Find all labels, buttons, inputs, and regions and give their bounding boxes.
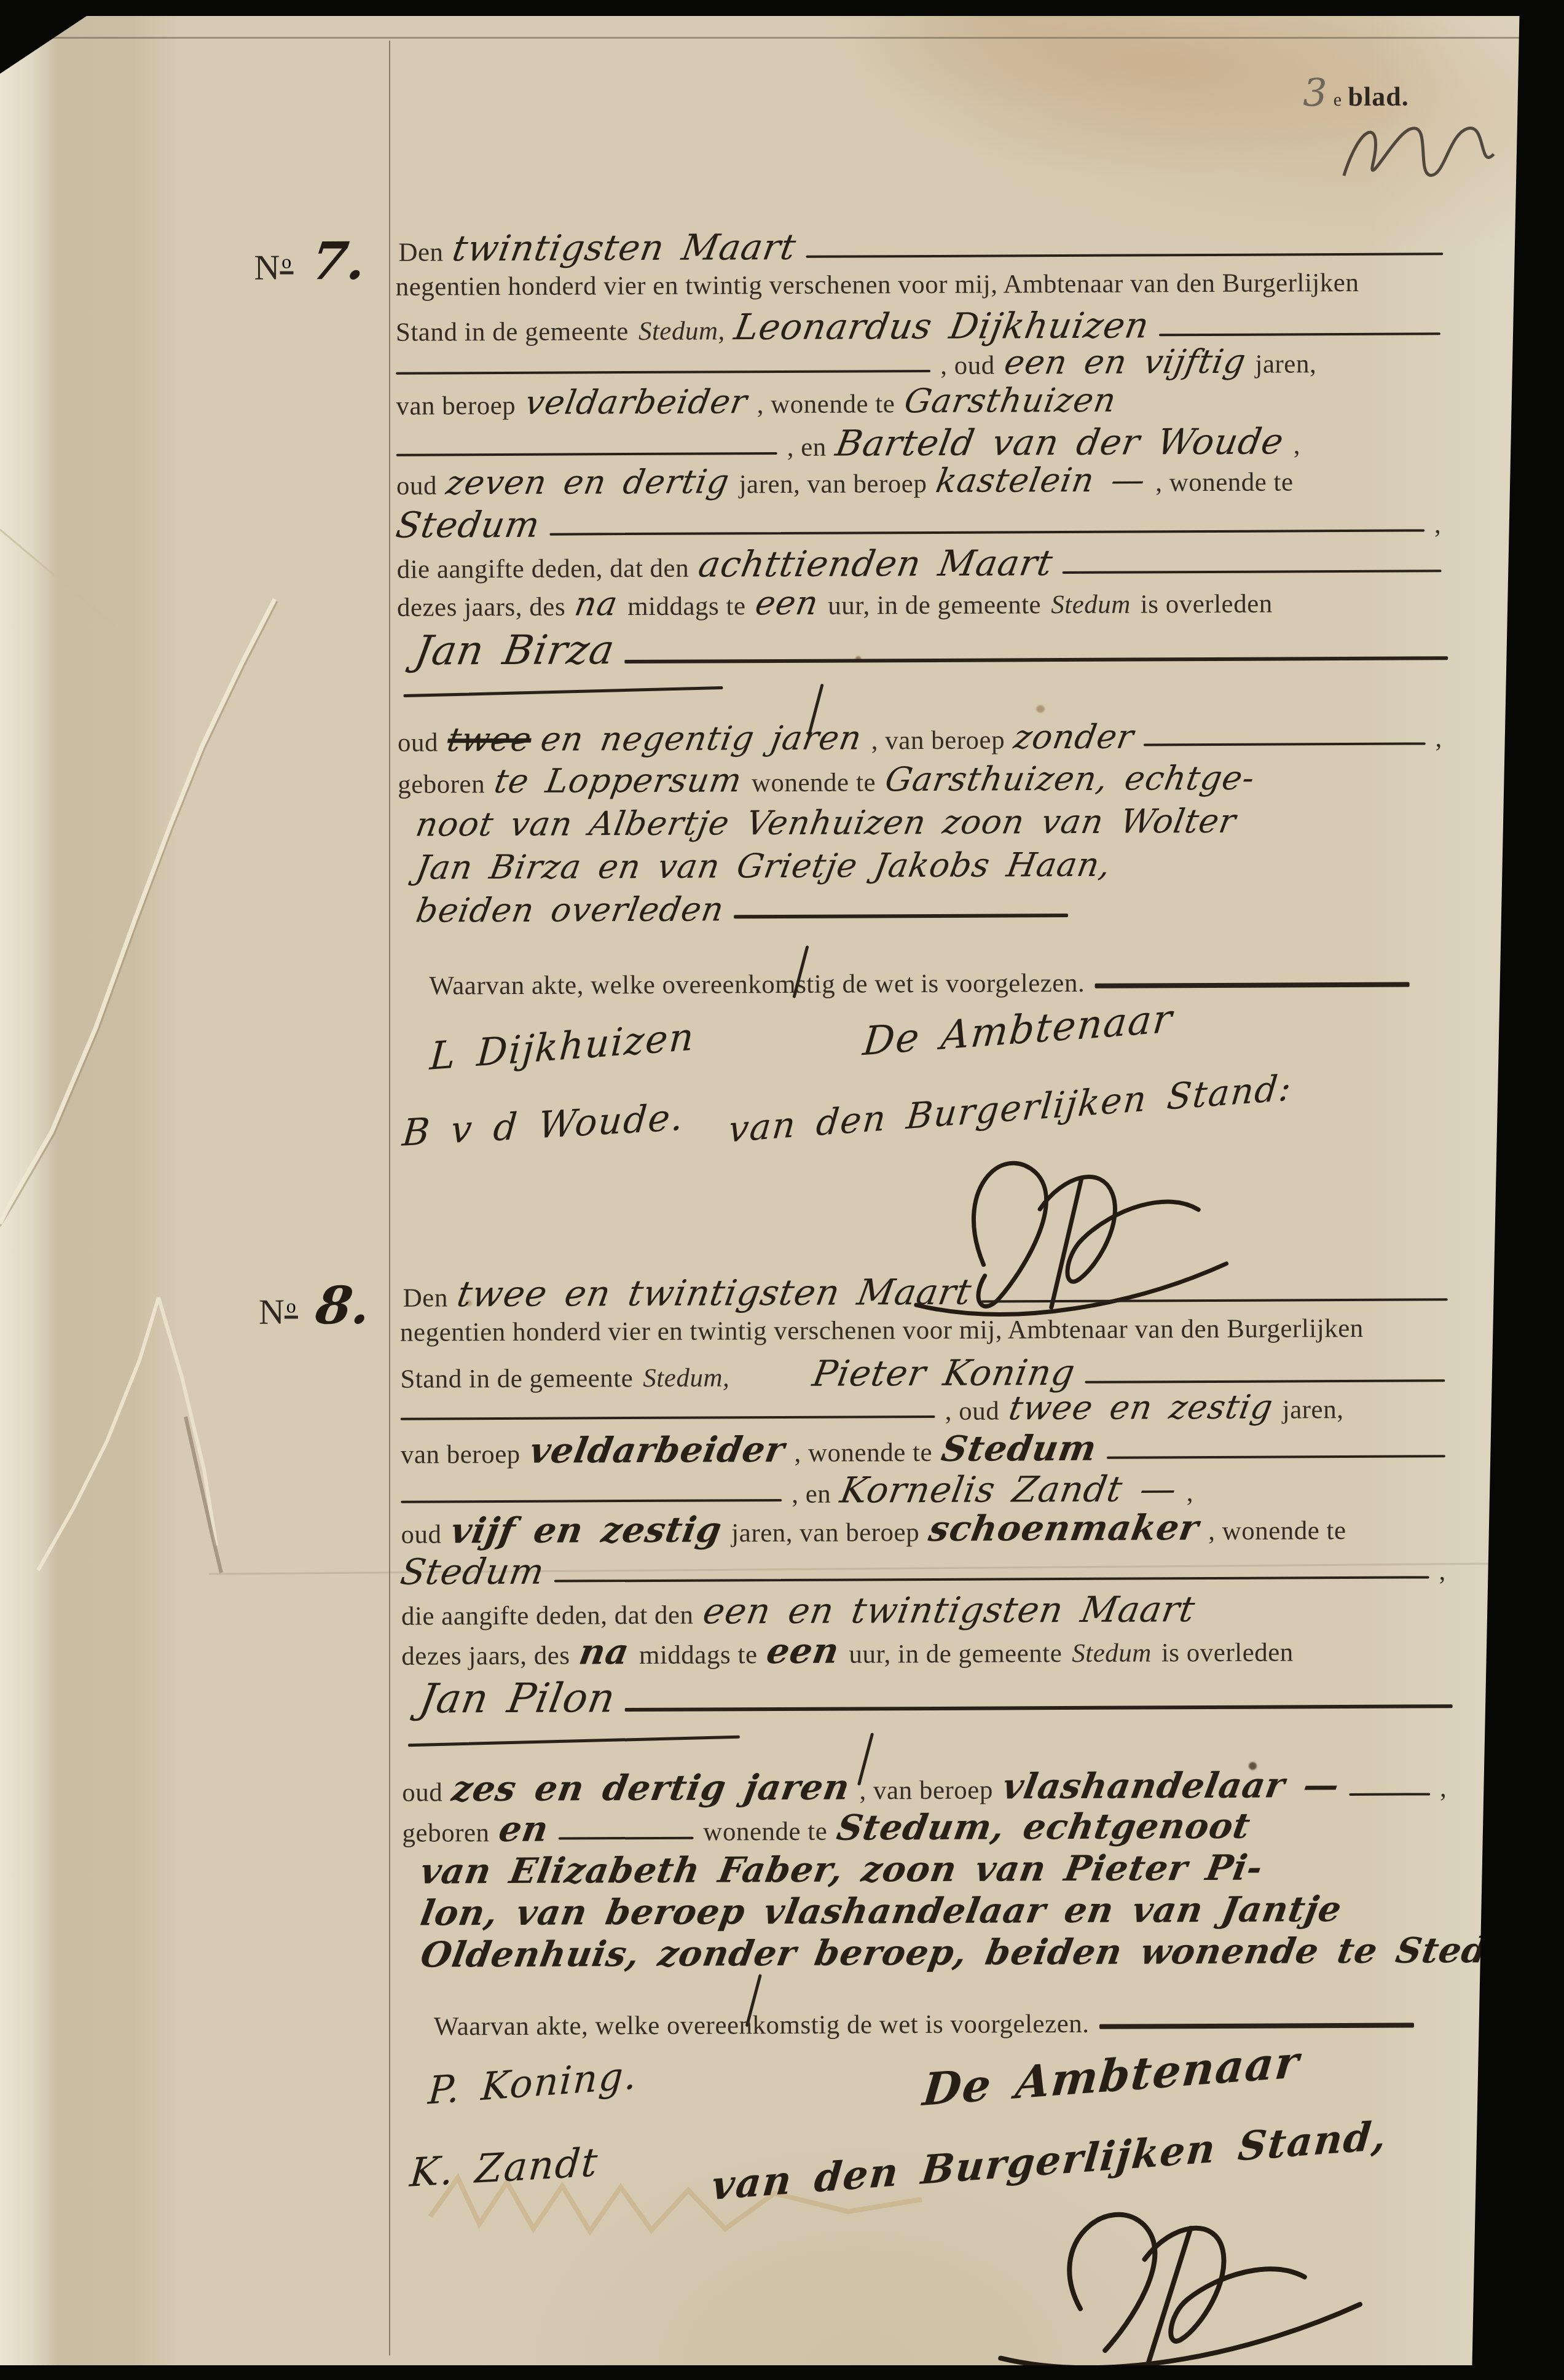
- label-overleden: is overleden: [1161, 1637, 1294, 1668]
- record8-declarant2-residence: Stedum: [398, 1551, 548, 1593]
- fill-rule: [806, 252, 1443, 258]
- fill-rule: [1349, 1793, 1430, 1796]
- label-aangifte: die aangifte deden, dat den: [401, 1600, 694, 1632]
- deceased-underline: [403, 686, 723, 697]
- record8-extra2: lon, van beroep vlashandelaar en van Jan…: [421, 1888, 1441, 1933]
- record8-number: No 8.: [259, 1275, 371, 1336]
- record8-deceased-name: Jan Pilon: [416, 1674, 619, 1722]
- record8-extra2-text: lon, van beroep vlashandelaar en van Jan…: [417, 1889, 1345, 1934]
- fill-rule: [396, 452, 777, 456]
- record8-line6: , en Kornelis Zandt — ,: [401, 1466, 1445, 1513]
- record7-number-value: 7.: [308, 230, 370, 291]
- fill-rule: [1062, 570, 1441, 574]
- label-wonende-te: , wonende te: [794, 1438, 932, 1468]
- fill-rule: [558, 1837, 693, 1840]
- record8-declarant2-occupation: schoenmaker: [925, 1507, 1202, 1549]
- label-oud: , oud: [940, 350, 995, 380]
- label-middags: middags te: [627, 591, 746, 622]
- scan-border-top: [0, 0, 1564, 16]
- fill-rule: [1159, 332, 1440, 336]
- fill-rule: [1106, 1455, 1445, 1458]
- label-oud: oud: [401, 1519, 441, 1549]
- record8-official-signature: [926, 2185, 1369, 2371]
- record8-daypart: na: [576, 1631, 633, 1672]
- record8-witness2-signature: K. Zandt: [408, 2140, 600, 2196]
- label-en: , en: [792, 1479, 831, 1509]
- record7-line5: van beroep veldarbeider , wonende te Gar…: [396, 379, 1440, 422]
- label-oud: oud: [402, 1777, 442, 1807]
- record7-number: No 7.: [254, 230, 366, 292]
- record7-age: en negentig jaren: [538, 718, 865, 758]
- deceased-underline: [408, 1736, 740, 1747]
- record7-extra3-text: beiden overleden: [414, 890, 727, 930]
- label-uur: uur, in de gemeente: [849, 1638, 1062, 1670]
- record8-declarant1-residence: Stedum: [938, 1428, 1100, 1470]
- comma: ,: [1294, 430, 1300, 460]
- label-wonende-te: wonende te: [752, 767, 876, 798]
- fill-rule: [1144, 742, 1425, 746]
- page-content: 3 e blad. No 7. Den twintigsten Maart ne…: [0, 0, 1564, 2380]
- record7-declarant1: Leonardus Dijkhuizen: [731, 304, 1152, 348]
- label-aangifte: die aangifte deden, dat den: [396, 554, 689, 585]
- fill-rule: [396, 370, 930, 375]
- sheet-header: 3 e blad.: [1303, 70, 1409, 115]
- record7-hour: een: [752, 584, 822, 622]
- record7-occupation: zonder: [1012, 717, 1138, 756]
- fill-rule: [624, 656, 1448, 664]
- label-dezes: dezes jaars, des: [397, 592, 565, 623]
- record7-line9: die aangifte deden, dat den achttienden …: [396, 540, 1441, 586]
- record7-declarant2-residence: Stedum: [393, 504, 543, 546]
- record8-deceased-line: Jan Pilon: [420, 1670, 1452, 1722]
- scanned-register-page: 3 e blad. No 7. Den twintigsten Maart ne…: [0, 0, 1564, 2380]
- record7-death-date: achttienden Maart: [695, 542, 1056, 585]
- label-van-beroep: , van beroep: [871, 725, 1005, 756]
- label-wonende-te: , wonende te: [1208, 1516, 1346, 1546]
- record8-line9: die aangifte deden, dat den een en twint…: [401, 1587, 1446, 1633]
- record8-age: zes en dertig jaren: [449, 1767, 853, 1810]
- label-oud: , oud: [945, 1396, 999, 1426]
- record7-extra1-text: noot van Albertje Venhuizen zoon van Wol…: [413, 802, 1239, 844]
- label-wonende-te: wonende te: [703, 1817, 827, 1847]
- label-van-beroep: van beroep: [396, 391, 516, 421]
- record8-declarant1-age: twee en zestig: [1006, 1387, 1276, 1427]
- record8-line8: Stedum ,: [401, 1546, 1446, 1592]
- label-jaren-van-beroep: jaren, van beroep: [739, 469, 927, 499]
- record7-witness2-signature: B v d Woude.: [401, 1095, 686, 1154]
- record7-declarant1-residence: Garsthuizen: [902, 381, 1119, 421]
- label-jaren: jaren,: [1283, 1395, 1344, 1425]
- label-oud: oud: [396, 471, 437, 501]
- record8-date: twee en twintigsten Maart: [454, 1271, 975, 1315]
- record7-line10: dezes jaars, des na middags te een uur, …: [397, 581, 1442, 624]
- paraph-initials: [1334, 114, 1500, 191]
- label-stedum: Stedum: [1051, 590, 1131, 620]
- fill-rule: [1099, 2023, 1414, 2029]
- record8-line14: geboren en wonende te Stedum, echtgenoot: [402, 1804, 1447, 1850]
- fill-rule: [401, 1415, 935, 1420]
- record7-residence: Garsthuizen, echtge-: [882, 759, 1257, 799]
- record7-witness1-signature: L Dijkhuizen: [428, 1014, 696, 1079]
- record8-residence: Stedum, echtgenoot: [834, 1806, 1254, 1849]
- record7-extra2: Jan Birza en van Grietje Jakobs Haan,: [417, 844, 1437, 887]
- label-jaren: jaren,: [1255, 349, 1316, 379]
- record8-witness1-signature: P. Koning.: [426, 2053, 639, 2113]
- label-stedum: Stedum: [1072, 1638, 1152, 1669]
- label-geboren: geboren: [398, 769, 485, 800]
- comma: ,: [1435, 723, 1442, 753]
- label-van-beroep: van beroep: [401, 1439, 521, 1470]
- sheet-number-handwritten: 3: [1303, 70, 1327, 115]
- record7-age-struck: twee: [444, 720, 535, 759]
- label-en: , en: [787, 433, 827, 463]
- record7-daypart: na: [572, 584, 621, 623]
- record8-extra1-text: van Elizabeth Faber, zoon van Pieter Pi-: [417, 1847, 1266, 1892]
- fill-rule: [1085, 1379, 1445, 1384]
- form-gemeente: Stedum,: [643, 1363, 729, 1393]
- record8-line7: oud vijf en zestig jaren, van beroep sch…: [401, 1506, 1445, 1551]
- fill-rule: [625, 1704, 1453, 1712]
- record8-occupation: vlashandelaar —: [999, 1764, 1343, 1807]
- record8-declarant1-occupation: veldarbeider: [527, 1429, 788, 1471]
- record7-no-sign: No: [254, 246, 293, 288]
- record7-extra1: noot van Albertje Venhuizen zoon van Wol…: [416, 801, 1436, 844]
- fill-rule: [1094, 982, 1409, 988]
- record7-waarvan: Waarvan akte, welke overeenkomstig de we…: [429, 966, 1443, 1001]
- fill-rule: [734, 914, 1068, 918]
- record8-death-date: een en twintigsten Maart: [700, 1588, 1198, 1632]
- fill-rule: [549, 529, 1424, 535]
- label-uur: uur, in de gemeente: [828, 590, 1041, 621]
- record7-declarant2-age: zeven en dertig: [444, 462, 733, 502]
- record7-declarant2: Barteld van der Woude: [833, 420, 1287, 464]
- fill-rule: [981, 1298, 1448, 1302]
- record7-extra3: beiden overleden: [417, 887, 1437, 930]
- record7-deceased-line: Jan Birza: [415, 622, 1448, 674]
- record8-line-date: Den twee en twintigsten Maart: [403, 1269, 1448, 1315]
- comma: ,: [1434, 509, 1441, 539]
- scan-border-bottom: [0, 2365, 1564, 2380]
- label-waarvan: Waarvan akte, welke overeenkomstig de we…: [429, 968, 1085, 1001]
- form-line2: negentien honderd vier en twintig versch…: [395, 268, 1359, 302]
- record7-line4: , oud een en vijftig jaren,: [396, 341, 1440, 384]
- record7-official-title1: De Ambtenaar: [861, 996, 1175, 1065]
- fill-rule: [401, 1499, 782, 1503]
- label-den: Den: [403, 1283, 448, 1313]
- record7-declarant1-age: een en vijftig: [1001, 342, 1249, 382]
- record7-date: twintigsten Maart: [450, 226, 800, 269]
- record7-line8: Stedum ,: [396, 499, 1441, 546]
- label-van-beroep: , van beroep: [859, 1775, 993, 1806]
- record7-declarant1-occupation: veldarbeider: [522, 382, 750, 422]
- record8-line4: , oud twee en zestig jaren,: [400, 1387, 1445, 1430]
- record8-number-value: 8.: [312, 1275, 374, 1336]
- record7-deceased-name: Jan Birza: [412, 626, 619, 674]
- record7-line-date: Den twintigsten Maart: [398, 223, 1443, 269]
- record7-line13: oud twee en negentig jaren , van beroep …: [398, 716, 1442, 759]
- comma: ,: [1440, 1773, 1447, 1803]
- comma: ,: [1439, 1556, 1445, 1586]
- record8-no-sign: No: [259, 1291, 298, 1332]
- label-overleden: is overleden: [1141, 589, 1273, 620]
- record8-official-title1: De Ambtenaar: [921, 2035, 1302, 2115]
- comma: ,: [1187, 1478, 1193, 1508]
- record8-line5: van beroep veldarbeider , wonende te Ste…: [401, 1426, 1445, 1471]
- label-oud: oud: [398, 727, 438, 757]
- record8-line13: oud zes en dertig jaren , van beroep vla…: [402, 1764, 1447, 1809]
- label-wonende-te: , wonende te: [757, 389, 895, 420]
- fill-rule: [554, 1576, 1429, 1582]
- form-gemeente: Stedum,: [639, 316, 725, 346]
- record7-line7: oud zeven en dertig jaren, van beroep ka…: [396, 459, 1441, 502]
- label-den: Den: [398, 237, 443, 267]
- record8-extra3: Oldenhuis, zonder beroep, beiden wonende…: [421, 1930, 1441, 1975]
- form-line3: Stand in de gemeente: [396, 316, 629, 348]
- form-line2: negentien honderd vier en twintig versch…: [400, 1313, 1364, 1348]
- record8-line10: dezes jaars, des na middags te een uur, …: [401, 1627, 1446, 1673]
- sheet-suffix-blad: blad.: [1348, 81, 1409, 112]
- record8-hour: een: [764, 1630, 843, 1672]
- label-jaren-van-beroep: jaren, van beroep: [731, 1517, 919, 1548]
- record8-line2: negentien honderd vier en twintig versch…: [400, 1313, 1445, 1347]
- record8-born-place: en: [496, 1809, 552, 1850]
- record7-line14: geboren te Loppersum wonende te Garsthui…: [398, 757, 1442, 801]
- form-line3: Stand in de gemeente: [400, 1363, 633, 1395]
- record7-declarant2-occupation: kastelein —: [933, 460, 1149, 500]
- sheet-suffix-e: e: [1334, 90, 1342, 111]
- record7-line2: negentien honderd vier en twintig versch…: [395, 267, 1440, 302]
- record7-extra2-text: Jan Birza en van Grietje Jakobs Haan,: [413, 845, 1114, 887]
- record8-declarant2: Kornelis Zandt —: [837, 1468, 1180, 1511]
- record7-born-place: te Loppersum: [492, 761, 745, 801]
- label-dezes: dezes jaars, des: [401, 1641, 570, 1672]
- label-waarvan: Waarvan akte, welke overeenkomstig de we…: [434, 2009, 1090, 2042]
- label-geboren: geboren: [402, 1818, 489, 1849]
- record8-extra1: van Elizabeth Faber, zoon van Pieter Pi-: [421, 1846, 1441, 1892]
- record8-extra3-text: Oldenhuis, zonder beroep, beiden wonende…: [418, 1929, 1564, 1975]
- label-wonende-te: , wonende te: [1155, 467, 1294, 498]
- record8-declarant2-age: vijf en zestig: [448, 1509, 725, 1551]
- record7-line6: , en Barteld van der Woude ,: [396, 420, 1441, 466]
- label-middags: middags te: [639, 1640, 758, 1670]
